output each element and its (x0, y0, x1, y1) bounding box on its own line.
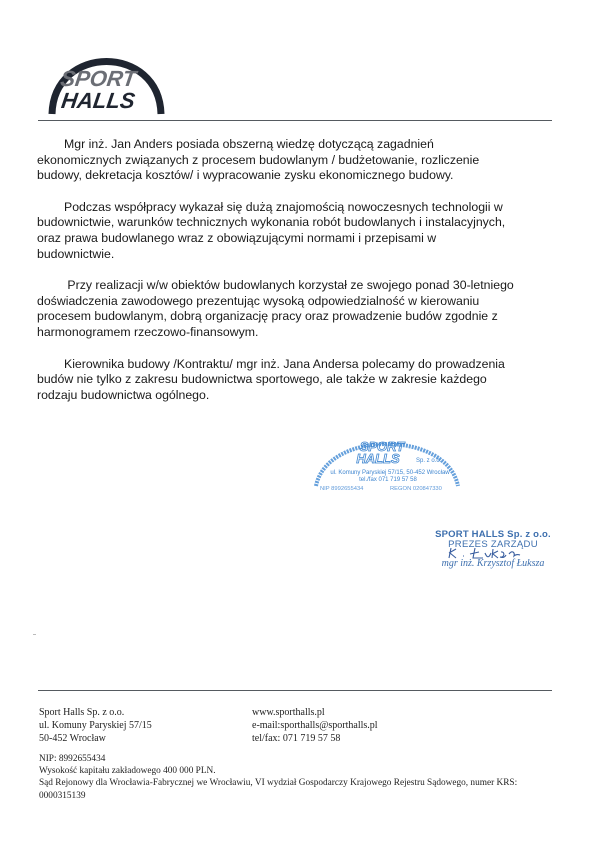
paragraph-experience: Przy realizacji w/w obiektów budowlanych… (37, 278, 497, 340)
signature-name: mgr inż. Krzysztof Łuksza (423, 558, 563, 569)
stamp-regon: REGON 020847330 (390, 486, 442, 492)
paragraph-line: Przy realizacji w/w obiektów budowlanych… (64, 278, 514, 292)
signature-block: SPORT HALLS Sp. z o.o. PREZES ZARZĄDU mg… (423, 529, 563, 569)
paragraph-line: oraz prawa budowlanego wraz z obowiązują… (37, 231, 497, 247)
letter-body: Mgr inż. Jan Anders posiada obszerną wie… (37, 137, 497, 419)
footer-divider (38, 690, 552, 691)
footer-address: Sport Halls Sp. z o.o. ul. Komuny Parysk… (39, 706, 152, 745)
footer-city: 50-452 Wrocław (39, 732, 152, 745)
logo-halls-text: HALLS (60, 88, 137, 113)
footer-legal: NIP: 8992655434 Wysokość kapitału zakład… (39, 753, 559, 802)
paragraph-line: Kierownika budowy /Kontraktu/ mgr inż. J… (64, 357, 505, 371)
paragraph-expertise: Mgr inż. Jan Anders posiada obszerną wie… (37, 137, 497, 184)
footer-nip: NIP: 8992655434 (39, 753, 559, 765)
paragraph-line: budownictwie, warunków technicznych wyko… (37, 215, 497, 231)
footer-email: e-mail:sporthalls@sporthalls.pl (252, 719, 378, 732)
paragraph-line: procesem budowlanym, dobrą organizację p… (37, 309, 497, 325)
paragraph-recommendation: Kierownika budowy /Kontraktu/ mgr inż. J… (37, 357, 497, 404)
arch-logo-icon: SPORT HALLS (44, 24, 169, 116)
stamp-phone: tel./fax 071 719 57 58 (359, 477, 417, 483)
paragraph-line: Mgr inż. Jan Anders posiada obszerną wie… (64, 137, 434, 151)
company-stamp: SPORT HALLS Sp. z o.o. ul. Komuny Parysk… (312, 428, 462, 496)
footer-phone: tel/fax: 071 719 57 58 (252, 732, 378, 745)
footer-street: ul. Komuny Paryskiej 57/15 (39, 719, 152, 732)
paragraph-cooperation: Podczas współpracy wykazał się dużą znaj… (37, 200, 497, 262)
paragraph-line: budownictwie. (37, 247, 497, 263)
paragraph-line: ekonomicznych związanych z procesem budo… (37, 153, 497, 169)
scan-speck (33, 634, 36, 635)
paragraph-line: Podczas współpracy wykazał się dużą znaj… (64, 200, 503, 214)
footer-krs: 0000315139 (39, 790, 559, 802)
stamp-suffix: Sp. z o.o. (416, 458, 442, 464)
footer-contact: www.sporthalls.pl e-mail:sporthalls@spor… (252, 706, 378, 745)
stamp-nip: NIP 8992655434 (320, 486, 364, 492)
stamp-address: ul. Komuny Paryskiej 57/15, 50-452 Wrocł… (330, 470, 450, 476)
paragraph-line: doświadczenia zawodowego prezentując wys… (37, 294, 497, 310)
header-divider (38, 120, 552, 121)
sport-halls-logo: SPORT HALLS (44, 24, 169, 116)
footer-court: Sąd Rejonowy dla Wrocławia-Fabrycznej we… (39, 777, 559, 789)
paragraph-line: rodzaju budownictwa ogólnego. (37, 388, 497, 404)
paragraph-line: harmonogramem rzeczowo-finansowym. (37, 325, 497, 341)
footer-capital: Wysokość kapitału zakładowego 400 000 PL… (39, 765, 559, 777)
footer-company-name: Sport Halls Sp. z o.o. (39, 706, 152, 719)
paragraph-line: budowy, dekretacja kosztów/ i wypracowan… (37, 168, 497, 184)
stamp-icon: SPORT HALLS Sp. z o.o. ul. Komuny Parysk… (312, 428, 462, 496)
paragraph-line: budów nie tylko z zakresu budownictwa sp… (37, 372, 497, 388)
footer-website: www.sporthalls.pl (252, 706, 378, 719)
stamp-halls-text: HALLS (356, 451, 400, 466)
